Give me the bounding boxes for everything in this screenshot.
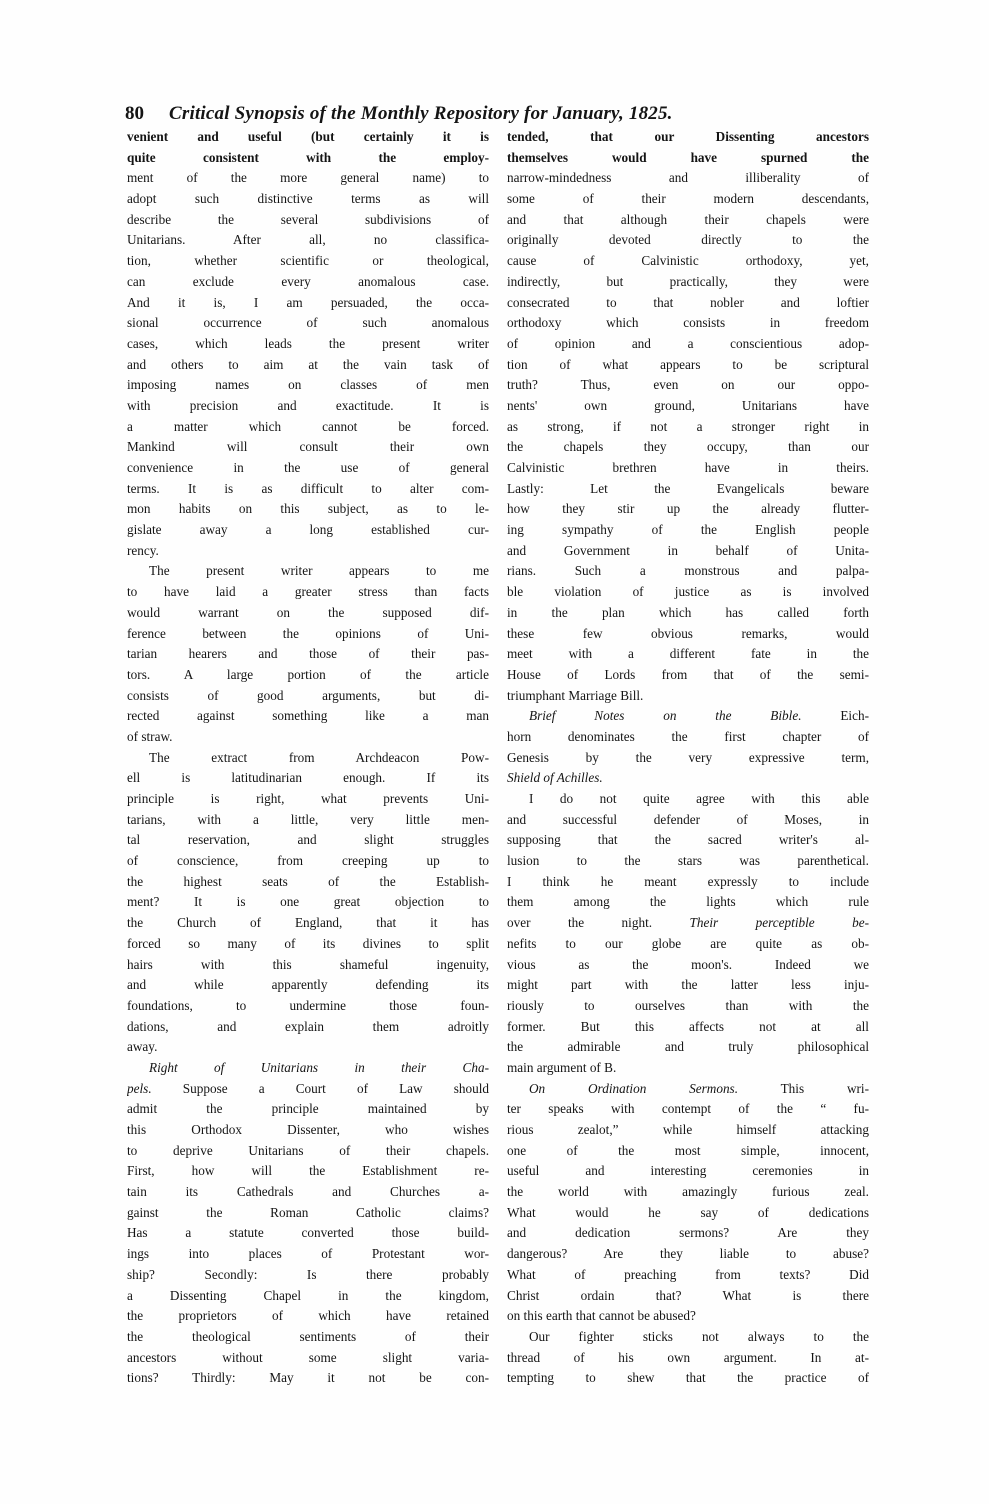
text-segment: Suppose a Court of Law should: [152, 1081, 489, 1096]
text-line: gislate away a long established cur-: [127, 520, 489, 541]
text-line: consecrated to that nobler and loftier: [507, 293, 869, 314]
section-heading: Shield of Achilles.: [507, 770, 603, 785]
text-line: hairs with this shameful ingenuity,: [127, 955, 489, 976]
text-line: tempting to shew that the practice of: [507, 1368, 869, 1389]
text-line: the highest seats of the Establish-: [127, 872, 489, 893]
text-line: themselves would have spurned the: [507, 148, 869, 169]
text-line: Right of Unitarians in their Cha-: [127, 1058, 489, 1079]
text-line: tended, that our Dissenting ancestors: [507, 127, 869, 148]
text-line: imposing names on classes of men: [127, 375, 489, 396]
text-segment: This wri-: [738, 1081, 869, 1096]
text-line: truth? Thus, even on our oppo-: [507, 375, 869, 396]
text-line: Our fighter sticks not always to the: [507, 1327, 869, 1348]
text-line: Shield of Achilles.: [507, 768, 869, 789]
text-line: vious as the moon's. Indeed we: [507, 955, 869, 976]
text-line: Brief Notes on the Bible. Eich-: [507, 706, 869, 727]
text-line: a Dissenting Chapel in the kingdom,: [127, 1286, 489, 1307]
text-line: admit the principle maintained by: [127, 1099, 489, 1120]
left-column: venient and useful (but certainly it isq…: [127, 127, 489, 1389]
text-line: The extract from Archdeacon Pow-: [127, 748, 489, 769]
text-line: adopt such distinctive terms as will: [127, 189, 489, 210]
text-line: ancestors without some slight varia-: [127, 1348, 489, 1369]
text-line: on this earth that cannot be abused?: [507, 1306, 869, 1327]
text-line: cases, which leads the present writer: [127, 334, 489, 355]
text-line: terms. It is as difficult to alter com-: [127, 479, 489, 500]
text-line: would warrant on the supposed dif-: [127, 603, 489, 624]
text-segment: over the night.: [507, 915, 690, 930]
page-number: 80: [125, 103, 144, 125]
text-line: What would he say of dedications: [507, 1203, 869, 1224]
text-line: to have laid a greater stress than facts: [127, 582, 489, 603]
text-line: these few obvious remarks, would: [507, 624, 869, 645]
text-line: the theological sentiments of their: [127, 1327, 489, 1348]
text-line: rency.: [127, 541, 489, 562]
text-line: Genesis by the very expressive term,: [507, 748, 869, 769]
section-heading: Brief Notes on the Bible.: [529, 708, 802, 723]
text-line: away.: [127, 1037, 489, 1058]
text-line: sional occurrence of such anomalous: [127, 313, 489, 334]
text-line: and that although their chapels were: [507, 210, 869, 231]
text-line: and Government in behalf of Unita-: [507, 541, 869, 562]
text-line: mon habits on this subject, as to le-: [127, 499, 489, 520]
text-line: gainst the Roman Catholic claims?: [127, 1203, 489, 1224]
text-line: ings into places of Protestant wor-: [127, 1244, 489, 1265]
text-line: The present writer appears to me: [127, 561, 489, 582]
text-line: forced so many of its divines to split: [127, 934, 489, 955]
text-line: First, how will the Establishment re-: [127, 1161, 489, 1182]
section-heading: On Ordination Sermons.: [529, 1081, 738, 1096]
text-line: some of their modern descendants,: [507, 189, 869, 210]
text-line: the Church of England, that it has: [127, 913, 489, 934]
text-line: principle is right, what prevents Uni-: [127, 789, 489, 810]
text-line: the chapels they occupy, than our: [507, 437, 869, 458]
text-line: I do not quite agree with this able: [507, 789, 869, 810]
text-line: Has a statute converted those build-: [127, 1223, 489, 1244]
text-line: ment of the more general name) to: [127, 168, 489, 189]
text-line: Christ ordain that? What is there: [507, 1286, 869, 1307]
text-line: What of preaching from texts? Did: [507, 1265, 869, 1286]
text-line: tors. A large portion of the article: [127, 665, 489, 686]
text-line: of conscience, from creeping up to: [127, 851, 489, 872]
text-line: ing sympathy of the English people: [507, 520, 869, 541]
text-line: Unitarians. After all, no classifica-: [127, 230, 489, 251]
text-line: this Orthodox Dissenter, who wishes: [127, 1120, 489, 1141]
text-line: quite consistent with the employ-: [127, 148, 489, 169]
text-line: Lastly: Let the Evangelicals beware: [507, 479, 869, 500]
text-line: main argument of B.: [507, 1058, 869, 1079]
running-head-title: Critical Synopsis of the Monthly Reposit…: [169, 103, 673, 125]
text-line: of opinion and a conscientious adop-: [507, 334, 869, 355]
text-line: can exclude every anomalous case.: [127, 272, 489, 293]
text-line: and successful defender of Moses, in: [507, 810, 869, 831]
text-line: foundations, to undermine those foun-: [127, 996, 489, 1017]
text-line: tarians, with a little, very little men-: [127, 810, 489, 831]
text-line: pels. Suppose a Court of Law should: [127, 1079, 489, 1100]
text-line: a matter which cannot be forced.: [127, 417, 489, 438]
text-line: to deprive Unitarians of their chapels.: [127, 1141, 489, 1162]
text-line: On Ordination Sermons. This wri-: [507, 1079, 869, 1100]
text-line: indirectly, but practically, they were: [507, 272, 869, 293]
text-line: rians. Such a monstrous and palpa-: [507, 561, 869, 582]
text-line: over the night. Their perceptible be-: [507, 913, 869, 934]
text-line: Calvinistic brethren have in theirs.: [507, 458, 869, 479]
text-line: how they stir up the already flutter-: [507, 499, 869, 520]
text-line: tain its Cathedrals and Churches a-: [127, 1182, 489, 1203]
text-line: triumphant Marriage Bill.: [507, 686, 869, 707]
text-line: tion, whether scientific or theological,: [127, 251, 489, 272]
text-line: convenience in the use of general: [127, 458, 489, 479]
text-line: consists of good arguments, but di-: [127, 686, 489, 707]
text-line: former. But this affects not at all: [507, 1017, 869, 1038]
text-line: And it is, I am persuaded, the occa-: [127, 293, 489, 314]
journal-page: 80 Critical Synopsis of the Monthly Repo…: [0, 0, 989, 1504]
section-heading: Right of Unitarians in their Cha-: [149, 1060, 489, 1075]
text-line: nefits to our globe are quite as ob-: [507, 934, 869, 955]
text-line: House of Lords from that of the semi-: [507, 665, 869, 686]
text-line: ship? Secondly: Is there probably: [127, 1265, 489, 1286]
section-heading: pels.: [127, 1081, 152, 1096]
text-line: one of the most simple, innocent,: [507, 1141, 869, 1162]
text-line: nents' own ground, Unitarians have: [507, 396, 869, 417]
text-line: horn denominates the first chapter of: [507, 727, 869, 748]
text-line: dangerous? Are they liable to abuse?: [507, 1244, 869, 1265]
text-line: of straw.: [127, 727, 489, 748]
text-line: I think he meant expressly to include: [507, 872, 869, 893]
text-line: rious zealot,” while himself attacking: [507, 1120, 869, 1141]
text-line: and dedication sermons? Are they: [507, 1223, 869, 1244]
text-line: in the plan which has called forth: [507, 603, 869, 624]
text-line: with precision and exactitude. It is: [127, 396, 489, 417]
text-line: and while apparently defending its: [127, 975, 489, 996]
text-line: describe the several subdivisions of: [127, 210, 489, 231]
text-line: the proprietors of which have retained: [127, 1306, 489, 1327]
text-line: dations, and explain them adroitly: [127, 1017, 489, 1038]
text-line: ble violation of justice as is involved: [507, 582, 869, 603]
text-line: the world with amazingly furious zeal.: [507, 1182, 869, 1203]
text-line: Mankind will consult their own: [127, 437, 489, 458]
text-line: ference between the opinions of Uni-: [127, 624, 489, 645]
text-line: ment? It is one great objection to: [127, 892, 489, 913]
text-line: tions? Thirdly: May it not be con-: [127, 1368, 489, 1389]
text-line: venient and useful (but certainly it is: [127, 127, 489, 148]
text-line: tal reservation, and slight struggles: [127, 830, 489, 851]
text-line: them among the lights which rule: [507, 892, 869, 913]
text-line: useful and interesting ceremonies in: [507, 1161, 869, 1182]
text-line: riously to ourselves than with the: [507, 996, 869, 1017]
text-line: ell is latitudinarian enough. If its: [127, 768, 489, 789]
text-line: orthodoxy which consists in freedom: [507, 313, 869, 334]
text-line: the admirable and truly philosophical: [507, 1037, 869, 1058]
text-line: might part with the latter less inju-: [507, 975, 869, 996]
section-heading: Their perceptible be-: [690, 915, 869, 930]
text-line: as strong, if not a stronger right in: [507, 417, 869, 438]
text-line: tarian hearers and those of their pas-: [127, 644, 489, 665]
text-line: meet with a different fate in the: [507, 644, 869, 665]
text-line: narrow-mindedness and illiberality of: [507, 168, 869, 189]
text-line: rected against something like a man: [127, 706, 489, 727]
text-segment: Eich-: [802, 708, 869, 723]
text-line: supposing that the sacred writer's al-: [507, 830, 869, 851]
text-line: thread of his own argument. In at-: [507, 1348, 869, 1369]
text-line: and others to aim at the vain task of: [127, 355, 489, 376]
text-line: cause of Calvinistic orthodoxy, yet,: [507, 251, 869, 272]
text-line: tion of what appears to be scriptural: [507, 355, 869, 376]
text-line: lusion to the stars was parenthetical.: [507, 851, 869, 872]
right-column: tended, that our Dissenting ancestorsthe…: [507, 127, 869, 1389]
text-line: originally devoted directly to the: [507, 230, 869, 251]
text-line: ter speaks with contempt of the “ fu-: [507, 1099, 869, 1120]
